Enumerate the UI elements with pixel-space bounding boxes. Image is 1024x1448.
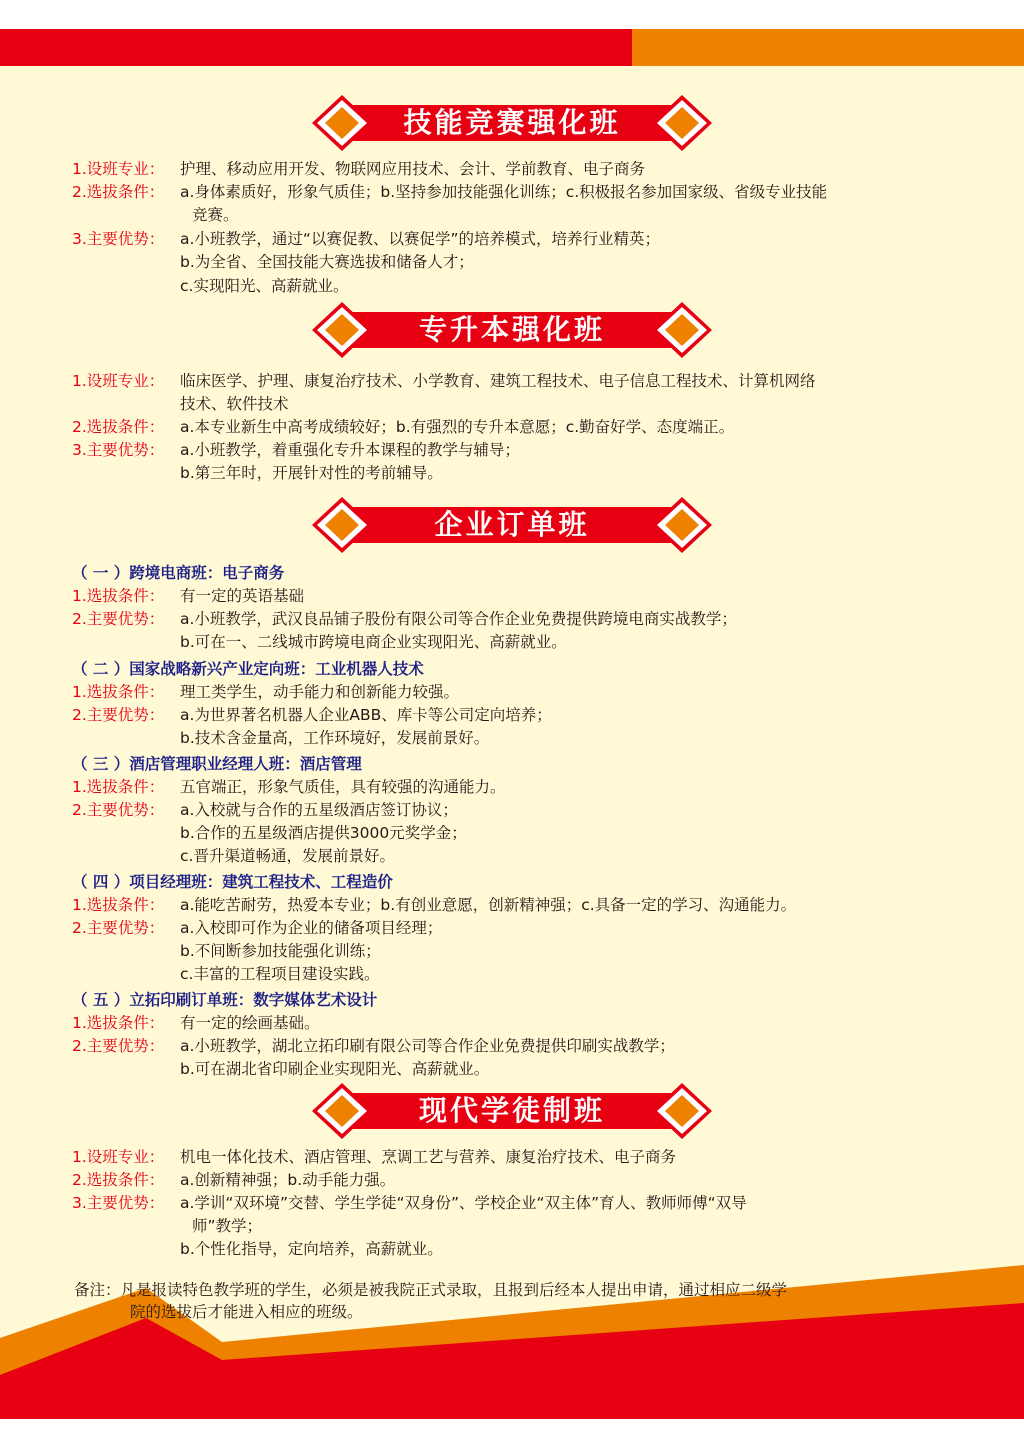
info-row: 2.主要优势：a.入校即可作为企业的储备项目经理； [72, 917, 442, 940]
info-continuation: b.可在湖北省印刷企业实现阳光、高薪就业。 [180, 1058, 489, 1081]
info-row: 1.设班专业：护理、移动应用开发、物联网应用技术、会计、学前教育、电子商务 [72, 158, 645, 181]
section-banner-skills: 技能竞赛强化班 [310, 93, 714, 153]
info-continuation: 师”教学； [192, 1215, 262, 1238]
info-row: 1.选拔条件：有一定的英语基础 [72, 585, 304, 608]
group-heading: （ 五 ）立拓印刷订单班：数字媒体艺术设计 [72, 989, 377, 1012]
info-row: 2.主要优势：a.为世界著名机器人企业ABB、库卡等公司定向培养； [72, 704, 552, 727]
info-continuation: c.晋升渠道畅通，发展前景好。 [180, 845, 395, 868]
info-row: 3.主要优势：a.小班教学，通过“以赛促教、以赛促学”的培养模式，培养行业精英； [72, 228, 660, 251]
top-bar-orange [632, 29, 1024, 66]
section-title: 企业订单班 [370, 495, 654, 555]
info-continuation: b.为全省、全国技能大赛选拔和储备人才； [180, 251, 474, 274]
info-continuation: 技术、软件技术 [180, 393, 289, 416]
info-row: 3.主要优势：a.学训“双环境”交替、学生学徒“双身份”、学校企业“双主体”育人… [72, 1192, 747, 1215]
info-row: 2.选拔条件：a.身体素质好，形象气质佳；b.坚持参加技能强化训练；c.积极报名… [72, 181, 827, 204]
info-row: 1.选拔条件：有一定的绘画基础。 [72, 1012, 320, 1035]
group-heading: （ 二 ）国家战略新兴产业定向班：工业机器人技术 [72, 658, 424, 681]
info-row: 1.选拔条件：五官端正，形象气质佳，具有较强的沟通能力。 [72, 776, 506, 799]
section-title: 专升本强化班 [370, 300, 654, 360]
info-row: 1.选拔条件：理工类学生，动手能力和创新能力较强。 [72, 681, 459, 704]
info-row: 2.主要优势：a.小班教学，湖北立拓印刷有限公司等合作企业免费提供印刷实战教学； [72, 1035, 675, 1058]
info-row: 2.选拔条件：a.创新精神强；b.动手能力强。 [72, 1169, 395, 1192]
flyer-page: 技能竞赛强化班 1.设班专业：护理、移动应用开发、物联网应用技术、会计、学前教育… [0, 29, 1024, 1419]
group-heading: （ 三 ）酒店管理职业经理人班：酒店管理 [72, 753, 362, 776]
info-continuation: b.技术含金量高，工作环境好，发展前景好。 [180, 727, 489, 750]
info-continuation: 竞赛。 [192, 204, 239, 227]
info-continuation: b.第三年时，开展针对性的考前辅导。 [180, 462, 443, 485]
section-banner-apprentice: 现代学徒制班 [310, 1081, 714, 1141]
info-row: 1.设班专业：临床医学、护理、康复治疗技术、小学教育、建筑工程技术、电子信息工程… [72, 370, 816, 393]
info-row: 1.选拔条件：a.能吃苦耐劳，热爱本专业；b.有创业意愿，创新精神强；c.具备一… [72, 894, 796, 917]
top-bar-red [0, 29, 632, 66]
info-row: 2.主要优势：a.入校就与合作的五星级酒店签订协议； [72, 799, 458, 822]
info-row: 1.设班专业：机电一体化技术、酒店管理、烹调工艺与营养、康复治疗技术、电子商务 [72, 1146, 676, 1169]
info-row: 2.选拔条件：a.本专业新生中高考成绩较好；b.有强烈的专升本意愿；c.勤奋好学… [72, 416, 734, 439]
info-continuation: c.丰富的工程项目建设实践。 [180, 963, 379, 986]
section-banner-enterprise: 企业订单班 [310, 495, 714, 555]
footnote-continuation: 院的选拔后才能进入相应的班级。 [130, 1301, 363, 1324]
top-color-bar [0, 29, 1024, 66]
section-title: 技能竞赛强化班 [370, 93, 654, 153]
info-row: 2.主要优势：a.小班教学，武汉良品铺子股份有限公司等合作企业免费提供跨境电商实… [72, 608, 737, 631]
info-continuation: c.实现阳光、高薪就业。 [180, 275, 348, 298]
group-heading: （ 一 ）跨境电商班：电子商务 [72, 562, 284, 585]
footnote: 备注：凡是报读特色教学班的学生，必须是被我院正式录取，且报到后经本人提出申请，通… [74, 1279, 787, 1302]
section-banner-upgrade: 专升本强化班 [310, 300, 714, 360]
group-heading: （ 四 ）项目经理班：建筑工程技术、工程造价 [72, 871, 393, 894]
section-title: 现代学徒制班 [370, 1081, 654, 1141]
info-continuation: b.合作的五星级酒店提供3000元奖学金； [180, 822, 467, 845]
info-row: 3.主要优势：a.小班教学，着重强化专升本课程的教学与辅导； [72, 439, 520, 462]
info-continuation: b.可在一、二线城市跨境电商企业实现阳光、高薪就业。 [180, 631, 567, 654]
info-continuation: b.不间断参加技能强化训练； [180, 940, 381, 963]
info-continuation: b.个性化指导，定向培养，高薪就业。 [180, 1238, 443, 1261]
